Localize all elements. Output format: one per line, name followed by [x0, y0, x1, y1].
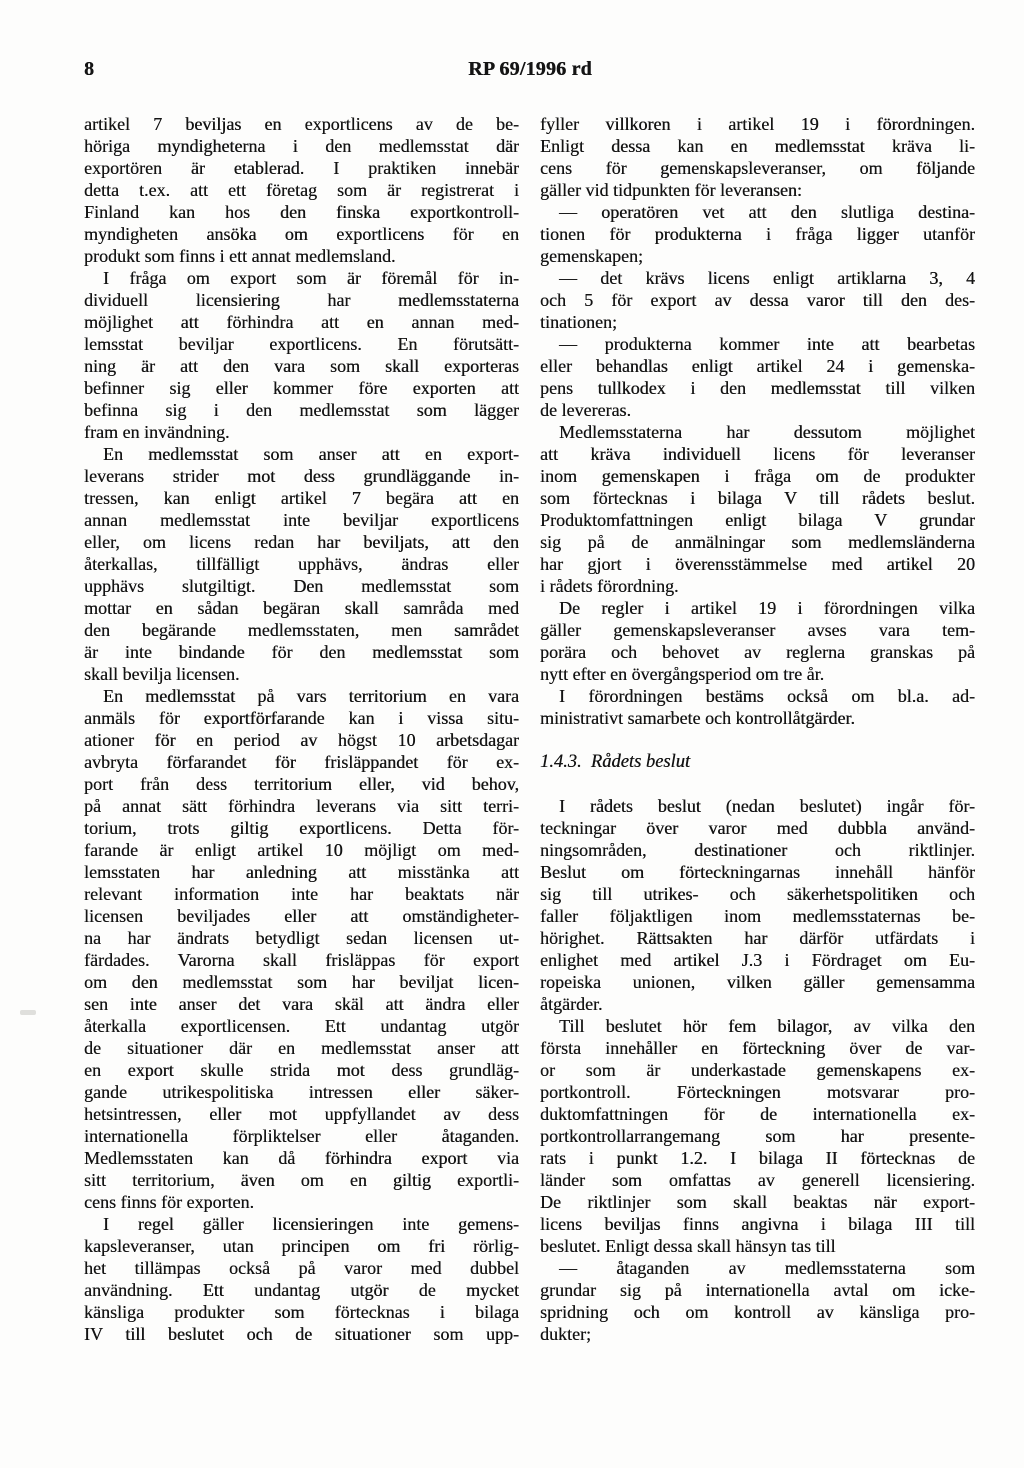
text-line: pens tullkodex i den medlemsstat till vi…: [540, 377, 975, 399]
text-line: ning är att den vara som skall exportera…: [84, 355, 519, 377]
text-line: enlighet med artikel J.3 i Fördraget om …: [540, 949, 975, 971]
text-line: myndigheten ansöka om exportlicens för e…: [84, 223, 519, 245]
text-line: Finland kan hos den finska exportkontrol…: [84, 201, 519, 223]
text-line: sig till utrikes- och säkerhetspolitiken…: [540, 883, 975, 905]
text-line: relevant information inte har beaktats n…: [84, 883, 519, 905]
right-column: fyller villkoren i artikel 19 i förordni…: [540, 113, 975, 1345]
scan-artifact-mark: [20, 1010, 36, 1015]
text-line: En medlemsstat på vars territorium en va…: [84, 685, 519, 707]
text-line: att kräva individuell licens för leveran…: [540, 443, 975, 465]
text-line: återkallas, tillfälligt upphävs, ändras …: [84, 553, 519, 575]
text-line: rats i punkt 1.2. I bilaga II förtecknas…: [540, 1147, 975, 1169]
text-line: licensen beviljades eller att omständigh…: [84, 905, 519, 927]
text-line: Enligt dessa kan en medlemsstat kräva li…: [540, 135, 975, 157]
document-title: RP 69/1996 rd: [84, 58, 976, 81]
text-line: fram en invändning.: [84, 421, 519, 443]
text-line: upphävs slutgiltigt. Den medlemsstat som: [84, 575, 519, 597]
text-line: I fråga om export som är föremål för in-: [84, 267, 519, 289]
text-line: tinationen;: [540, 311, 975, 333]
text-line: cens för gemenskapsleveranser, om följan…: [540, 157, 975, 179]
text-line: befinna sig i den medlemsstat som lägger: [84, 399, 519, 421]
text-line: åtgärder.: [540, 993, 975, 1015]
text-line: tionen för produkterna i fråga ligger ut…: [540, 223, 975, 245]
text-line: och 5 för export av dessa varor till den…: [540, 289, 975, 311]
text-line: produkt som finns i ett annat medlemslan…: [84, 245, 519, 267]
text-line: Medlemsstaten kan då förhindra export vi…: [84, 1147, 519, 1169]
blank-line: [540, 729, 975, 751]
text-line: anmäls för exportförfarande kan i vissa …: [84, 707, 519, 729]
text-line: möjlighet att förhindra att en annan med…: [84, 311, 519, 333]
text-line: exportören är etablerad. I praktiken inn…: [84, 157, 519, 179]
text-line: sitt territorium, även om en giltig expo…: [84, 1169, 519, 1191]
text-line: internationella förpliktelser eller åtag…: [84, 1125, 519, 1147]
text-line: har gjort i överensstämmelse med artikel…: [540, 553, 975, 575]
text-line: het tillämpas också på varor med dubbel: [84, 1257, 519, 1279]
text-line: sig på de anmälningar som medlemsländern…: [540, 531, 975, 553]
text-columns: artikel 7 beviljas en exportlicens av de…: [84, 113, 975, 1345]
text-line: gemenskapen;: [540, 245, 975, 267]
text-line: — det krävs licens enligt artiklarna 3, …: [540, 267, 975, 289]
text-line: porära och behovet av reglerna granskas …: [540, 641, 975, 663]
text-line: som förtecknas i bilaga V till rådets be…: [540, 487, 975, 509]
text-line: länder som omfattas av generell licensie…: [540, 1169, 975, 1191]
text-line: färdades. Varorna skall frisläppas för e…: [84, 949, 519, 971]
text-line: gande utrikespolitiska intressen eller s…: [84, 1081, 519, 1103]
text-line: en export skulle strida mot dess grundlä…: [84, 1059, 519, 1081]
text-line: dukter;: [540, 1323, 975, 1345]
text-line: annan medlemsstat inte beviljar exportli…: [84, 509, 519, 531]
text-line: leverans strider mot dess grundläggande …: [84, 465, 519, 487]
text-line: är inte bindande för den medlemsstat som: [84, 641, 519, 663]
text-line: sen inte anser det vara skäl att ändra e…: [84, 993, 519, 1015]
text-line: port från dess territorium eller, vid be…: [84, 773, 519, 795]
text-line: de levereras.: [540, 399, 975, 421]
text-line: — åtaganden av medlemsstaterna som: [540, 1257, 975, 1279]
text-line: tressen, kan enligt artikel 7 begära att…: [84, 487, 519, 509]
text-line: De regler i artikel 19 i förordningen vi…: [540, 597, 975, 619]
text-line: detta t.ex. att ett företag som är regis…: [84, 179, 519, 201]
section-heading: 1.4.3. Rådets beslut: [540, 751, 975, 773]
text-line: gäller vid tidpunkten för leveransen:: [540, 179, 975, 201]
text-line: ropeiska unionen, vilken gäller gemensam…: [540, 971, 975, 993]
text-line: eller behandlas enligt artikel 24 i geme…: [540, 355, 975, 377]
text-line: om den medlemsstat som har beviljat lice…: [84, 971, 519, 993]
text-line: fyller villkoren i artikel 19 i förordni…: [540, 113, 975, 135]
document-page: 8 RP 69/1996 rd artikel 7 beviljas en ex…: [0, 0, 1024, 1468]
text-line: de situationer där en medlemsstat anser …: [84, 1037, 519, 1059]
text-line: inom gemenskapen i fråga om de produkter: [540, 465, 975, 487]
text-line: beslutet. Enligt dessa skall hänsyn tas …: [540, 1235, 975, 1257]
text-line: spridning och om kontroll av känsliga pr…: [540, 1301, 975, 1323]
text-line: skall bevilja licensen.: [84, 663, 519, 685]
text-line: De riktlinjer som skall beaktas när expo…: [540, 1191, 975, 1213]
text-line: torium, trots giltig exportlicens. Detta…: [84, 817, 519, 839]
text-line: dividuell licensiering har medlemsstater…: [84, 289, 519, 311]
text-line: hörighet. Rättsakten har därför utfärdat…: [540, 927, 975, 949]
text-line: duktomfattningen för de internationella …: [540, 1103, 975, 1125]
text-line: ministrativt samarbete och kontrollåtgär…: [540, 707, 975, 729]
text-line: kapsleveranser, utan principen om fri rö…: [84, 1235, 519, 1257]
text-line: den begärande medlemsstaten, men samråde…: [84, 619, 519, 641]
left-column: artikel 7 beviljas en exportlicens av de…: [84, 113, 519, 1345]
text-line: licens beviljas finns angivna i bilaga I…: [540, 1213, 975, 1235]
text-line: En medlemsstat som anser att en export-: [84, 443, 519, 465]
text-line: eller, om licens redan har beviljats, at…: [84, 531, 519, 553]
text-line: nytt efter en övergångsperiod om tre år.: [540, 663, 975, 685]
text-line: ationer för en period av högst 10 arbets…: [84, 729, 519, 751]
text-line: användning. Ett undantag utgör de mycket: [84, 1279, 519, 1301]
text-line: Medlemsstaterna har dessutom möjlighet: [540, 421, 975, 443]
text-line: ningsområden, destinationer och riktlinj…: [540, 839, 975, 861]
text-line: — operatören vet att den slutliga destin…: [540, 201, 975, 223]
blank-line: [540, 773, 975, 795]
text-line: hetsintressen, eller mot uppfyllandet av…: [84, 1103, 519, 1125]
text-line: lemsstat beviljar exportlicens. En förut…: [84, 333, 519, 355]
text-line: Produktomfattningen enligt bilaga V grun…: [540, 509, 975, 531]
text-line: första innehåller en förteckning över de…: [540, 1037, 975, 1059]
text-line: på annat sätt förhindra leverans via sit…: [84, 795, 519, 817]
text-line: lemsstaten har anledning att misstänka a…: [84, 861, 519, 883]
text-line: I rådets beslut (nedan beslutet) ingår f…: [540, 795, 975, 817]
text-line: mottar en sådan begäran skall samråda me…: [84, 597, 519, 619]
text-line: portkontrollarrangemang som har presente…: [540, 1125, 975, 1147]
text-line: känsliga produkter som förtecknas i bila…: [84, 1301, 519, 1323]
text-line: artikel 7 beviljas en exportlicens av de…: [84, 113, 519, 135]
text-line: grundar sig på internationella avtal om …: [540, 1279, 975, 1301]
text-line: Beslut om förteckningarnas innehåll hänf…: [540, 861, 975, 883]
text-line: höriga myndigheterna i den medlemsstat d…: [84, 135, 519, 157]
page-header: 8 RP 69/1996 rd: [84, 58, 976, 82]
text-line: IV till beslutet och de situationer som …: [84, 1323, 519, 1345]
text-line: teckningar över varor med dubbla använd-: [540, 817, 975, 839]
text-line: I förordningen bestäms också om bl.a. ad…: [540, 685, 975, 707]
text-line: portkontroll. Förteckningen motsvarar pr…: [540, 1081, 975, 1103]
text-line: na har ändrats betydligt sedan licensen …: [84, 927, 519, 949]
text-line: farande är enligt artikel 10 möjligt om …: [84, 839, 519, 861]
text-line: cens finns för exporten.: [84, 1191, 519, 1213]
text-line: I regel gäller licensieringen inte gemen…: [84, 1213, 519, 1235]
text-line: — produkterna kommer inte att bearbetas: [540, 333, 975, 355]
text-line: befinner sig eller kommer före exporten …: [84, 377, 519, 399]
text-line: Till beslutet hör fem bilagor, av vilka …: [540, 1015, 975, 1037]
text-line: faller följaktligen inom medlemsstaterna…: [540, 905, 975, 927]
text-line: gäller gemenskapsleveranser avses vara t…: [540, 619, 975, 641]
text-line: avbryta förfarandet för frisläppandet fö…: [84, 751, 519, 773]
text-line: i rådets förordning.: [540, 575, 975, 597]
text-line: or som är underkastade gemenskapens ex-: [540, 1059, 975, 1081]
text-line: återkalla exportlicensen. Ett undantag u…: [84, 1015, 519, 1037]
